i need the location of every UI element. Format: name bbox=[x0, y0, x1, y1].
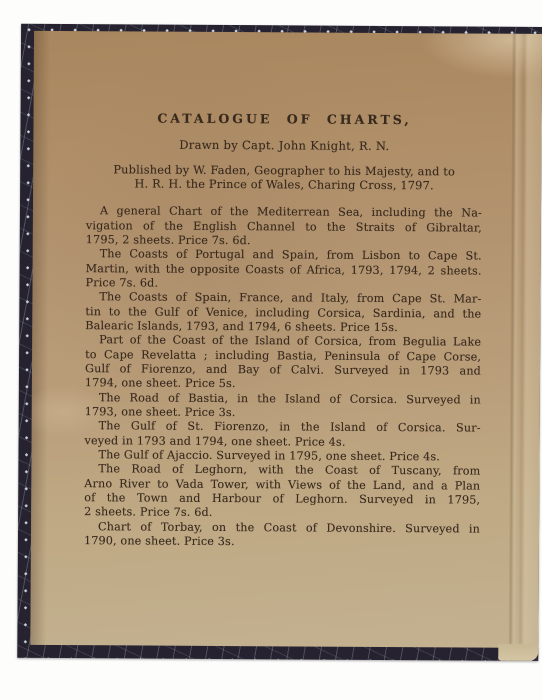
publisher-line-2: H. R. H. the Prince of Wales, Charing Cr… bbox=[86, 177, 482, 193]
catalog-entry: Part of the Coast of the Island of Corsi… bbox=[85, 333, 481, 393]
photographed-book-page: CATALOGUE OF CHARTS, Drawn by Capt. John… bbox=[0, 0, 542, 700]
catalog-entry: The Road of Bastia, in the Island of Cor… bbox=[85, 391, 481, 422]
publisher-imprint: Published by W. Faden, Geographer to his… bbox=[86, 163, 482, 193]
catalog-list: A general Chart of the Mediterrean Sea, … bbox=[84, 204, 482, 551]
byline: Drawn by Capt. John Knight, R. N. bbox=[86, 137, 482, 153]
page-content: CATALOGUE OF CHARTS, Drawn by Capt. John… bbox=[84, 111, 483, 551]
paper-page: CATALOGUE OF CHARTS, Drawn by Capt. John… bbox=[30, 31, 542, 648]
catalog-entry: The Coasts of Spain, France, and Italy, … bbox=[85, 290, 481, 335]
page-corner bbox=[498, 644, 538, 661]
entry-line: 1790, one sheet. Price 3s. bbox=[84, 534, 480, 551]
catalog-entry: A general Chart of the Mediterrean Sea, … bbox=[86, 204, 482, 249]
page-fore-edge bbox=[508, 34, 542, 648]
catalog-entry: The Gulf of St. Fiorenzo, in the Island … bbox=[85, 419, 481, 450]
catalog-entry: The Coasts of Portugal and Spain, from L… bbox=[85, 247, 481, 292]
catalog-entry: The Road of Leghorn, with the Coast of T… bbox=[84, 463, 480, 523]
page-title: CATALOGUE OF CHARTS, bbox=[87, 111, 483, 127]
marbled-binding-board: CATALOGUE OF CHARTS, Drawn by Capt. John… bbox=[17, 24, 542, 661]
catalog-entry: Chart of Torbay, on the Coast of Devonsh… bbox=[84, 520, 480, 551]
